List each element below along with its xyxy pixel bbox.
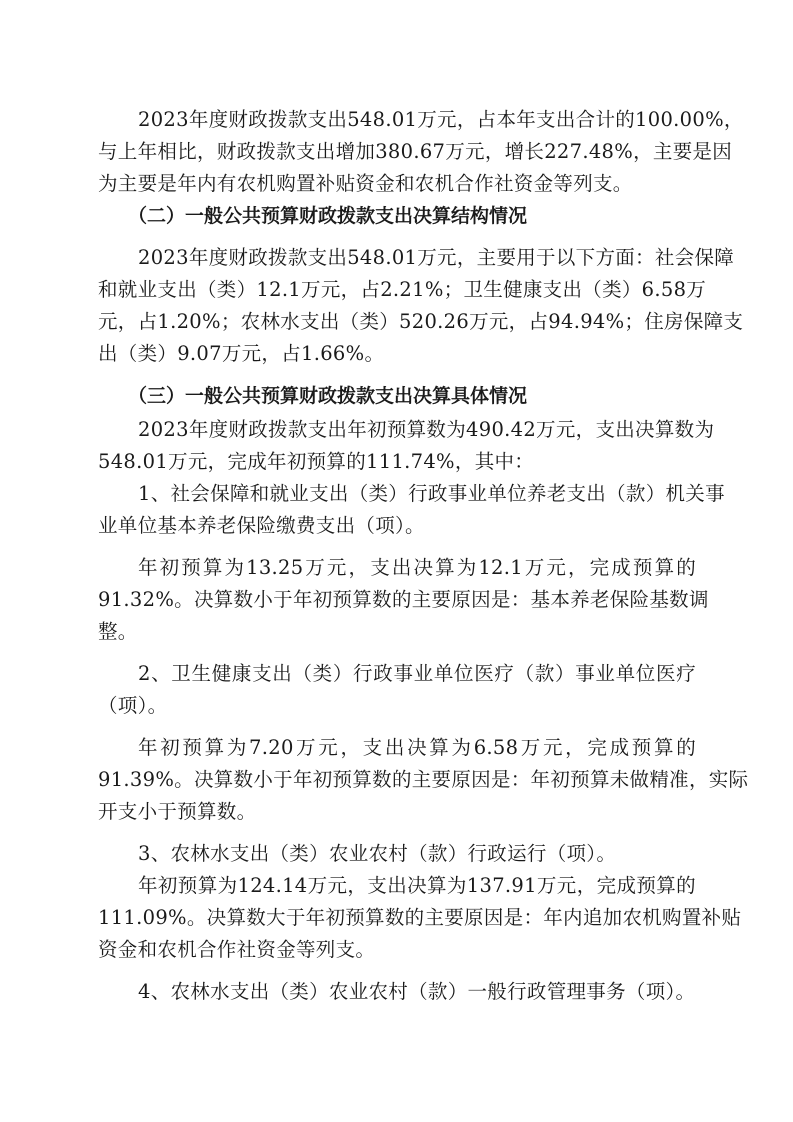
paragraph-line: 为主要是年内有农机购置补贴资金和农机合作社资金等列支。 [98,168,696,200]
item-1-detail: 91.32%。决算数小于年初预算数的主要原因是：基本养老保险基数调 [98,584,696,616]
item-1-detail: 年初预算为13.25万元，支出决算为12.1万元，完成预算的 [98,552,696,584]
item-2-detail: 年初预算为7.20万元，支出决算为6.58万元，完成预算的 [98,732,696,764]
item-1-detail: 整。 [98,616,696,648]
paragraph-line: 和就业支出（类）12.1万元，占2.21%；卫生健康支出（类）6.58万 [98,274,696,306]
item-1-title: 业单位基本养老保险缴费支出（项）。 [98,510,696,542]
paragraph-line: 2023年度财政拨款支出548.01万元，主要用于以下方面：社会保障 [98,242,696,274]
item-2-title: （项）。 [98,690,696,722]
section-heading-2: （二）一般公共预算财政拨款支出决算结构情况 [98,200,696,232]
paragraph-line: 2023年度财政拨款支出548.01万元，占本年支出合计的100.00%， [98,104,696,136]
item-2-detail: 91.39%。决算数小于年初预算数的主要原因是：年初预算未做精准，实际 [98,764,696,796]
paragraph-line: 出（类）9.07万元，占1.66%。 [98,338,696,370]
item-4-title: 4、农林水支出（类）农业农村（款）一般行政管理事务（项）。 [98,976,696,1008]
item-3-detail: 资金和农机合作社资金等列支。 [98,934,696,966]
paragraph-line: 与上年相比，财政拨款支出增加380.67万元，增长227.48%，主要是因 [98,136,696,168]
section-heading-3: （三）一般公共预算财政拨款支出决算具体情况 [98,380,696,412]
item-2-title: 2、卫生健康支出（类）行政事业单位医疗（款）事业单位医疗 [98,658,696,690]
paragraph-line: 元，占1.20%；农林水支出（类）520.26万元，占94.94%；住房保障支 [98,306,696,338]
item-3-detail: 111.09%。决算数大于年初预算数的主要原因是：年内追加农机购置补贴 [98,902,696,934]
paragraph-line: 548.01万元，完成年初预算的111.74%，其中： [98,446,696,478]
item-1-title: 1、社会保障和就业支出（类）行政事业单位养老支出（款）机关事 [98,478,696,510]
item-2-detail: 开支小于预算数。 [98,796,696,828]
paragraph-line: 2023年度财政拨款支出年初预算数为490.42万元，支出决算数为 [98,414,696,446]
item-3-detail: 年初预算为124.14万元，支出决算为137.91万元，完成预算的 [98,870,696,902]
item-3-title: 3、农林水支出（类）农业农村（款）行政运行（项）。 [98,838,696,870]
